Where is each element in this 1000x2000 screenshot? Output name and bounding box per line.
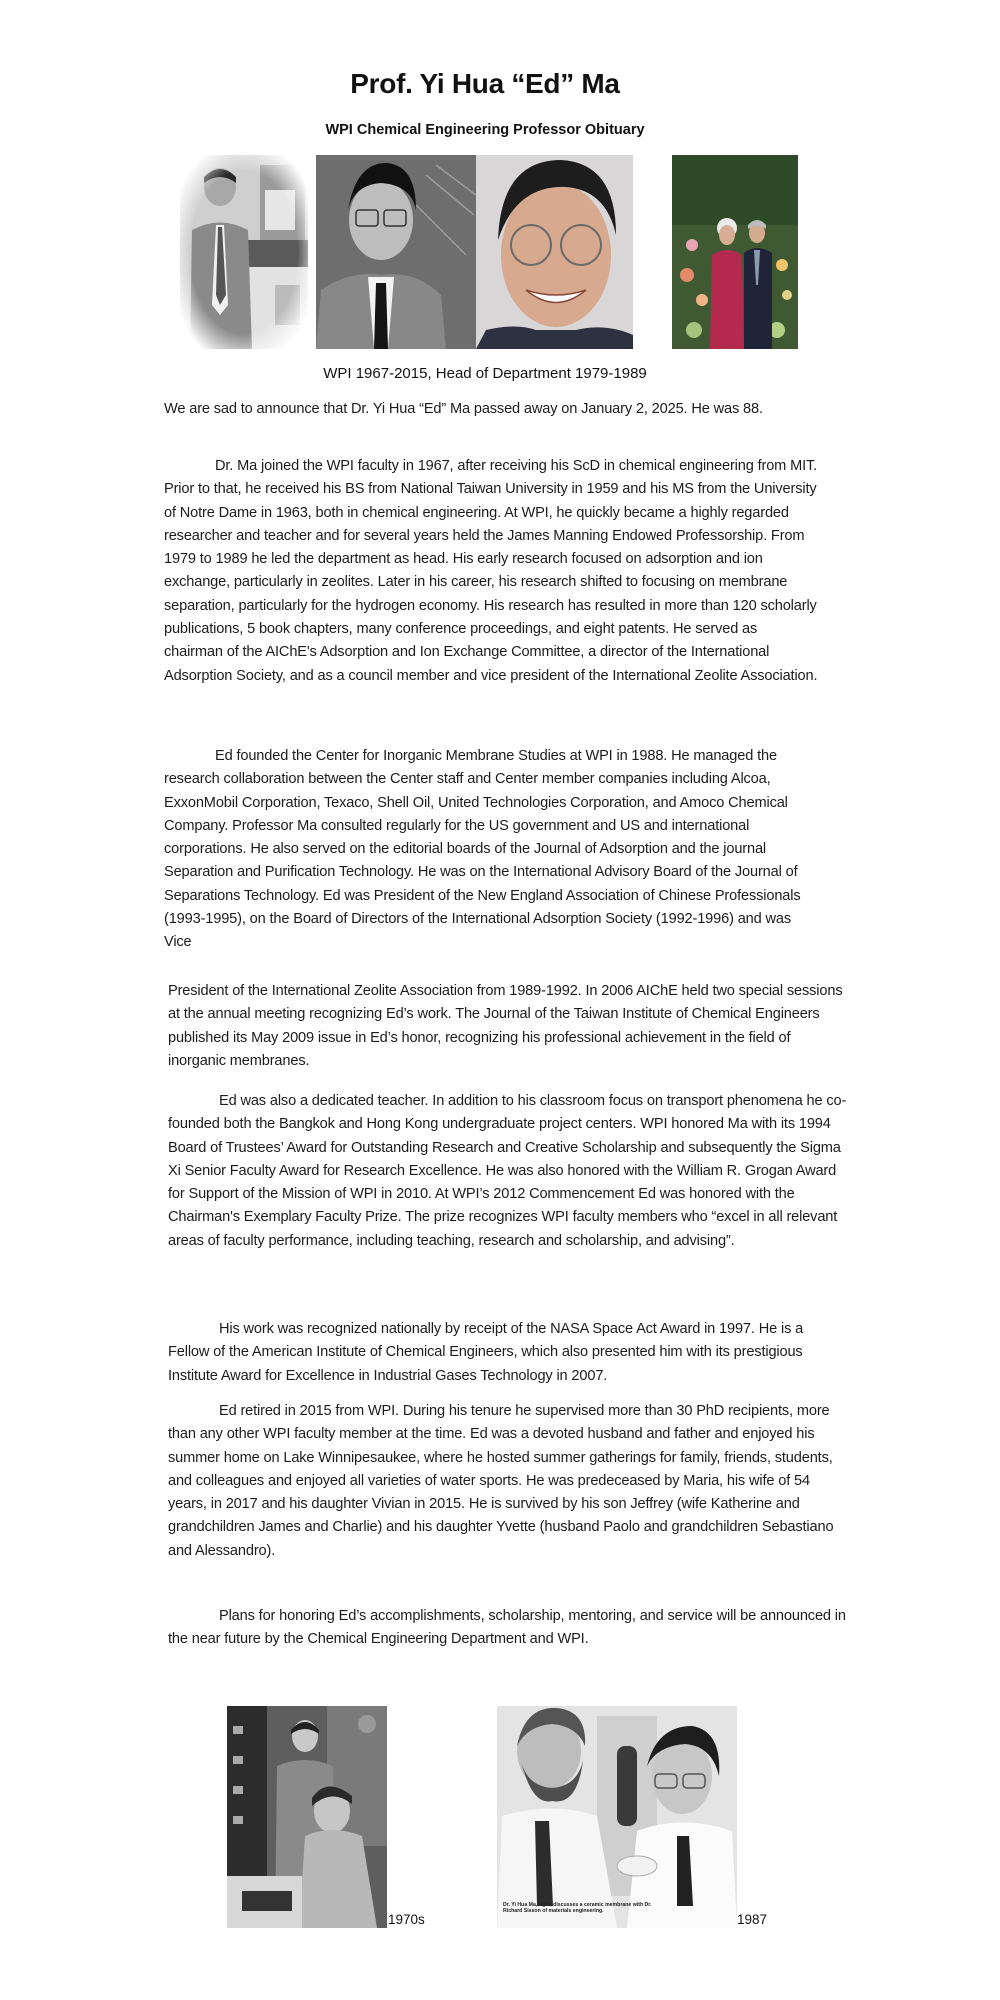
photo-portrait-smiling [476,155,633,349]
photo-1987-ceramic-membrane [497,1706,737,1928]
paragraph-teaching: Ed was also a dedicated teacher. In addi… [168,1090,848,1253]
tenure-caption: WPI 1967-2015, Head of Department 1979-1… [0,365,970,382]
top-photo-strip [180,155,795,350]
year-label-1987: 1987 [737,1912,767,1927]
page-subtitle: WPI Chemical Engineering Professor Obitu… [0,122,970,138]
paragraph-retirement-family: Ed retired in 2015 from WPI. During his … [168,1400,848,1563]
photo-portrait-chalkboard [316,155,476,349]
paragraph-career: Dr. Ma joined the WPI faculty in 1967, a… [164,455,819,688]
paragraph-announcement: We are sad to announce that Dr. Yi Hua “… [164,398,804,421]
paragraph-national-recognition: His work was recognized nationally by re… [168,1318,848,1388]
paragraph-zeolite-association: President of the International Zeolite A… [168,980,848,1073]
year-label-1970s: 1970s [388,1912,425,1927]
paragraph-honoring-plans: Plans for honoring Ed’s accomplishments,… [168,1605,848,1652]
photo-1970s-computer [227,1706,387,1928]
paragraph-center-founding: Ed founded the Center for Inorganic Memb… [164,745,819,955]
photo-couple-garden [672,155,798,349]
newspaper-caption: Dr. Yi Hua Ma, right, discusses a cerami… [503,1902,653,1914]
page-title: Prof. Yi Hua “Ed” Ma [0,68,970,100]
photo-portrait-1970s-lab [180,155,308,349]
